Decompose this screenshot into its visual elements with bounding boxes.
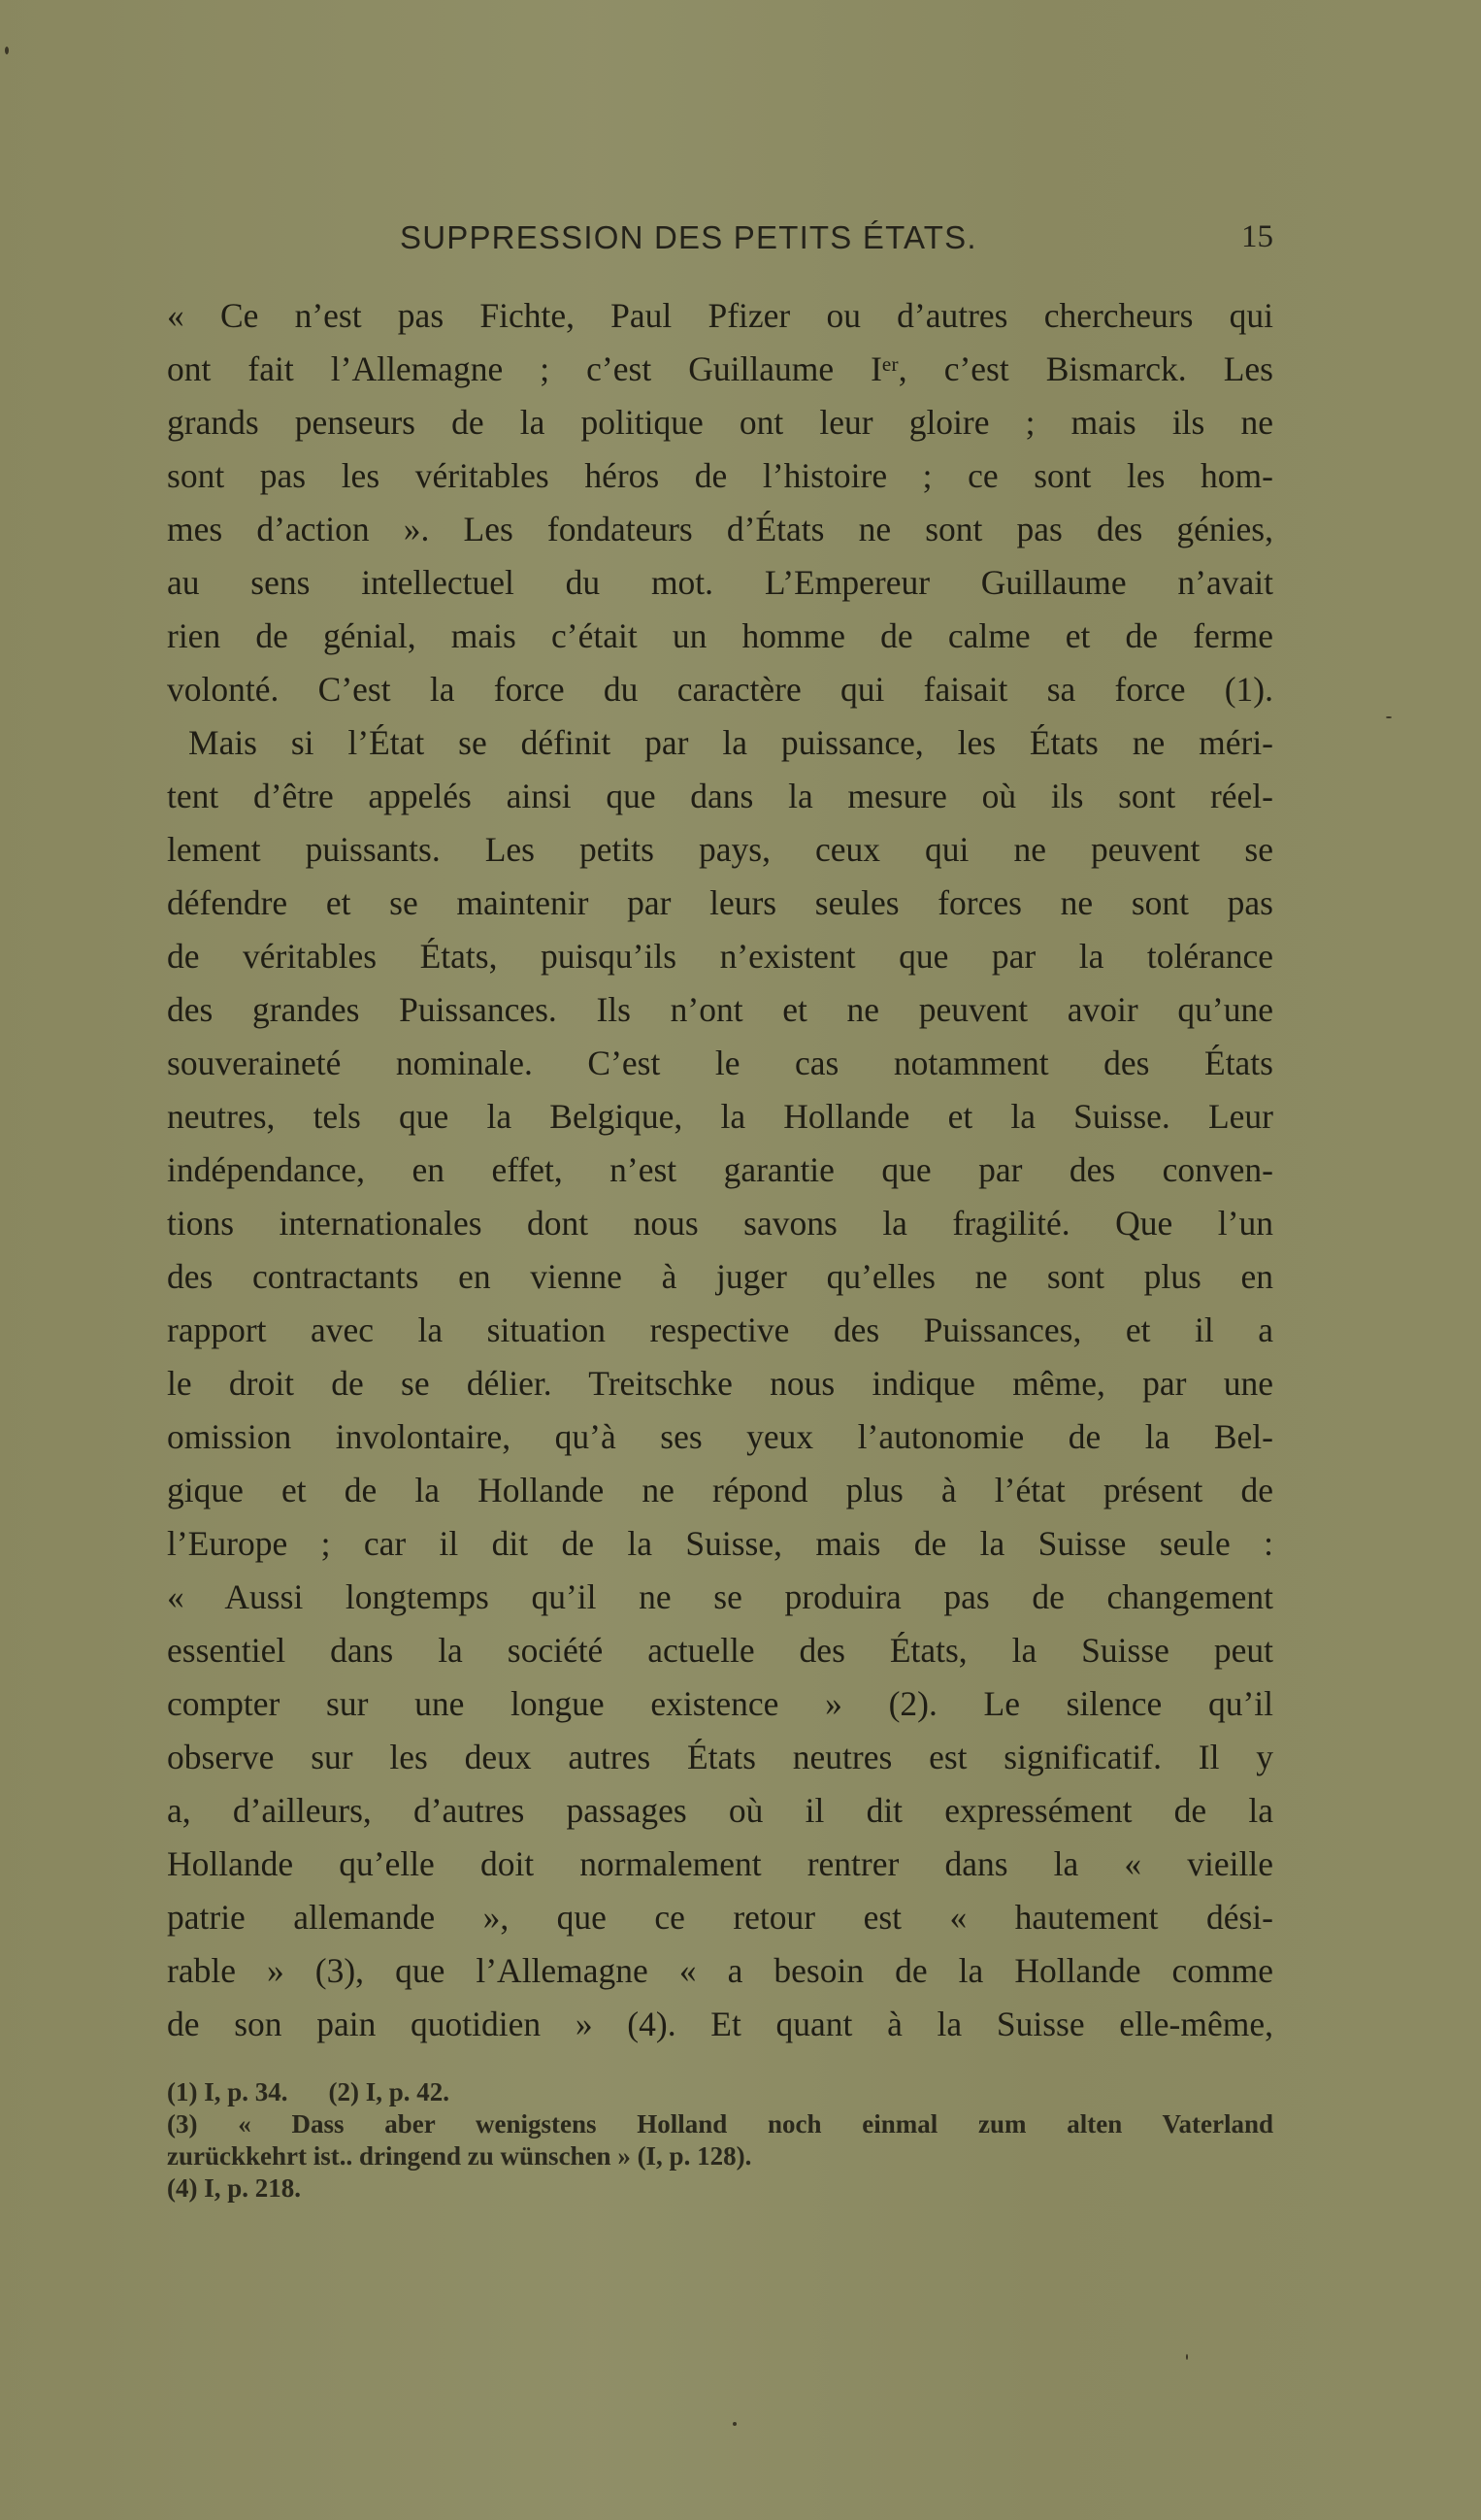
text-line: défendre et se maintenir par leurs seule…	[167, 877, 1273, 930]
footnotes: (1) I, p. 34.(2) I, p. 42. (3) « Dass ab…	[167, 2076, 1273, 2205]
text-line: au sens intellectuel du mot. L’Empereur …	[167, 556, 1273, 610]
page-number: 15	[1241, 219, 1273, 255]
text-line: mes d’action ». Les fondateurs d’États n…	[167, 503, 1273, 556]
footnote-3-line-2: zurückkehrt ist.. dringend zu wünschen »…	[167, 2140, 1273, 2172]
running-head: SUPPRESSION DES PETITS ÉTATS. 15	[167, 219, 1273, 262]
text-line: gique et de la Hollande ne répond plus à…	[167, 1464, 1273, 1517]
text-line: tions internationales dont nous savons l…	[167, 1197, 1273, 1250]
text-line: « Aussi longtemps qu’il ne se produira p…	[167, 1571, 1273, 1624]
text-line: de véritables États, puisqu’ils n’existe…	[167, 930, 1273, 983]
paper-speck	[5, 47, 9, 54]
text-line: le droit de se délier. Treitschke nous i…	[167, 1357, 1273, 1410]
text-line: sont pas les véritables héros de l’histo…	[167, 449, 1273, 503]
text-line: observe sur les deux autres États neutre…	[167, 1731, 1273, 1784]
text-line: compter sur une longue existence » (2). …	[167, 1677, 1273, 1731]
footnote-row-1-2: (1) I, p. 34.(2) I, p. 42.	[167, 2076, 1273, 2108]
text-line: rapport avec la situation respective des…	[167, 1304, 1273, 1357]
text-line: rien de génial, mais c’était un homme de…	[167, 610, 1273, 663]
paper-speck	[1186, 2354, 1188, 2360]
text-line: souveraineté nominale. C’est le cas nota…	[167, 1037, 1273, 1090]
text-line: tent d’être appelés ainsi que dans la me…	[167, 770, 1273, 823]
text-line: ont fait l’Allemagne ; c’est Guillaume I…	[167, 343, 1273, 396]
text-line: grands penseurs de la politique ont leur…	[167, 396, 1273, 449]
paper-speck	[1386, 716, 1392, 718]
text-line: Hollande qu’elle doit normalement rentre…	[167, 1838, 1273, 1891]
text-line: des contractants en vienne à juger qu’el…	[167, 1250, 1273, 1304]
text-line: neutres, tels que la Belgique, la Hollan…	[167, 1090, 1273, 1144]
paragraph-start-line: Mais si l’État se définit par la puissan…	[167, 716, 1273, 770]
text-line: a, d’ailleurs, d’autres passages où il d…	[167, 1784, 1273, 1838]
text-line: des grandes Puissances. Ils n’ont et ne …	[167, 983, 1273, 1037]
text-line: l’Europe ; car il dit de la Suisse, mais…	[167, 1517, 1273, 1571]
text-line: rable » (3), que l’Allemagne « a besoin …	[167, 1944, 1273, 1998]
text-line: indépendance, en effet, n’est garantie q…	[167, 1144, 1273, 1197]
text-line: volonté. C’est la force du caractère qui…	[167, 663, 1273, 716]
text-line: « Ce n’est pas Fichte, Paul Pfizer ou d’…	[167, 289, 1273, 343]
book-page: SUPPRESSION DES PETITS ÉTATS. 15 « Ce n’…	[0, 0, 1481, 2520]
body-text: « Ce n’est pas Fichte, Paul Pfizer ou d’…	[167, 289, 1273, 2051]
text-line: essentiel dans la société actuelle des É…	[167, 1624, 1273, 1677]
footnote-4: (4) I, p. 218.	[167, 2172, 1273, 2205]
footnote-2: (2) I, p. 42.	[329, 2077, 450, 2106]
text-line: lement puissants. Les petits pays, ceux …	[167, 823, 1273, 877]
footnote-3-line-1: (3) « Dass aber wenigstens Holland noch …	[167, 2108, 1273, 2140]
text-line: omission involontaire, qu’à ses yeux l’a…	[167, 1410, 1273, 1464]
paper-speck	[733, 2422, 737, 2426]
footnote-1: (1) I, p. 34.	[167, 2077, 288, 2106]
text-line: patrie allemande », que ce retour est « …	[167, 1891, 1273, 1944]
running-title: SUPPRESSION DES PETITS ÉTATS.	[400, 219, 977, 256]
text-line: de son pain quotidien » (4). Et quant à …	[167, 1998, 1273, 2051]
